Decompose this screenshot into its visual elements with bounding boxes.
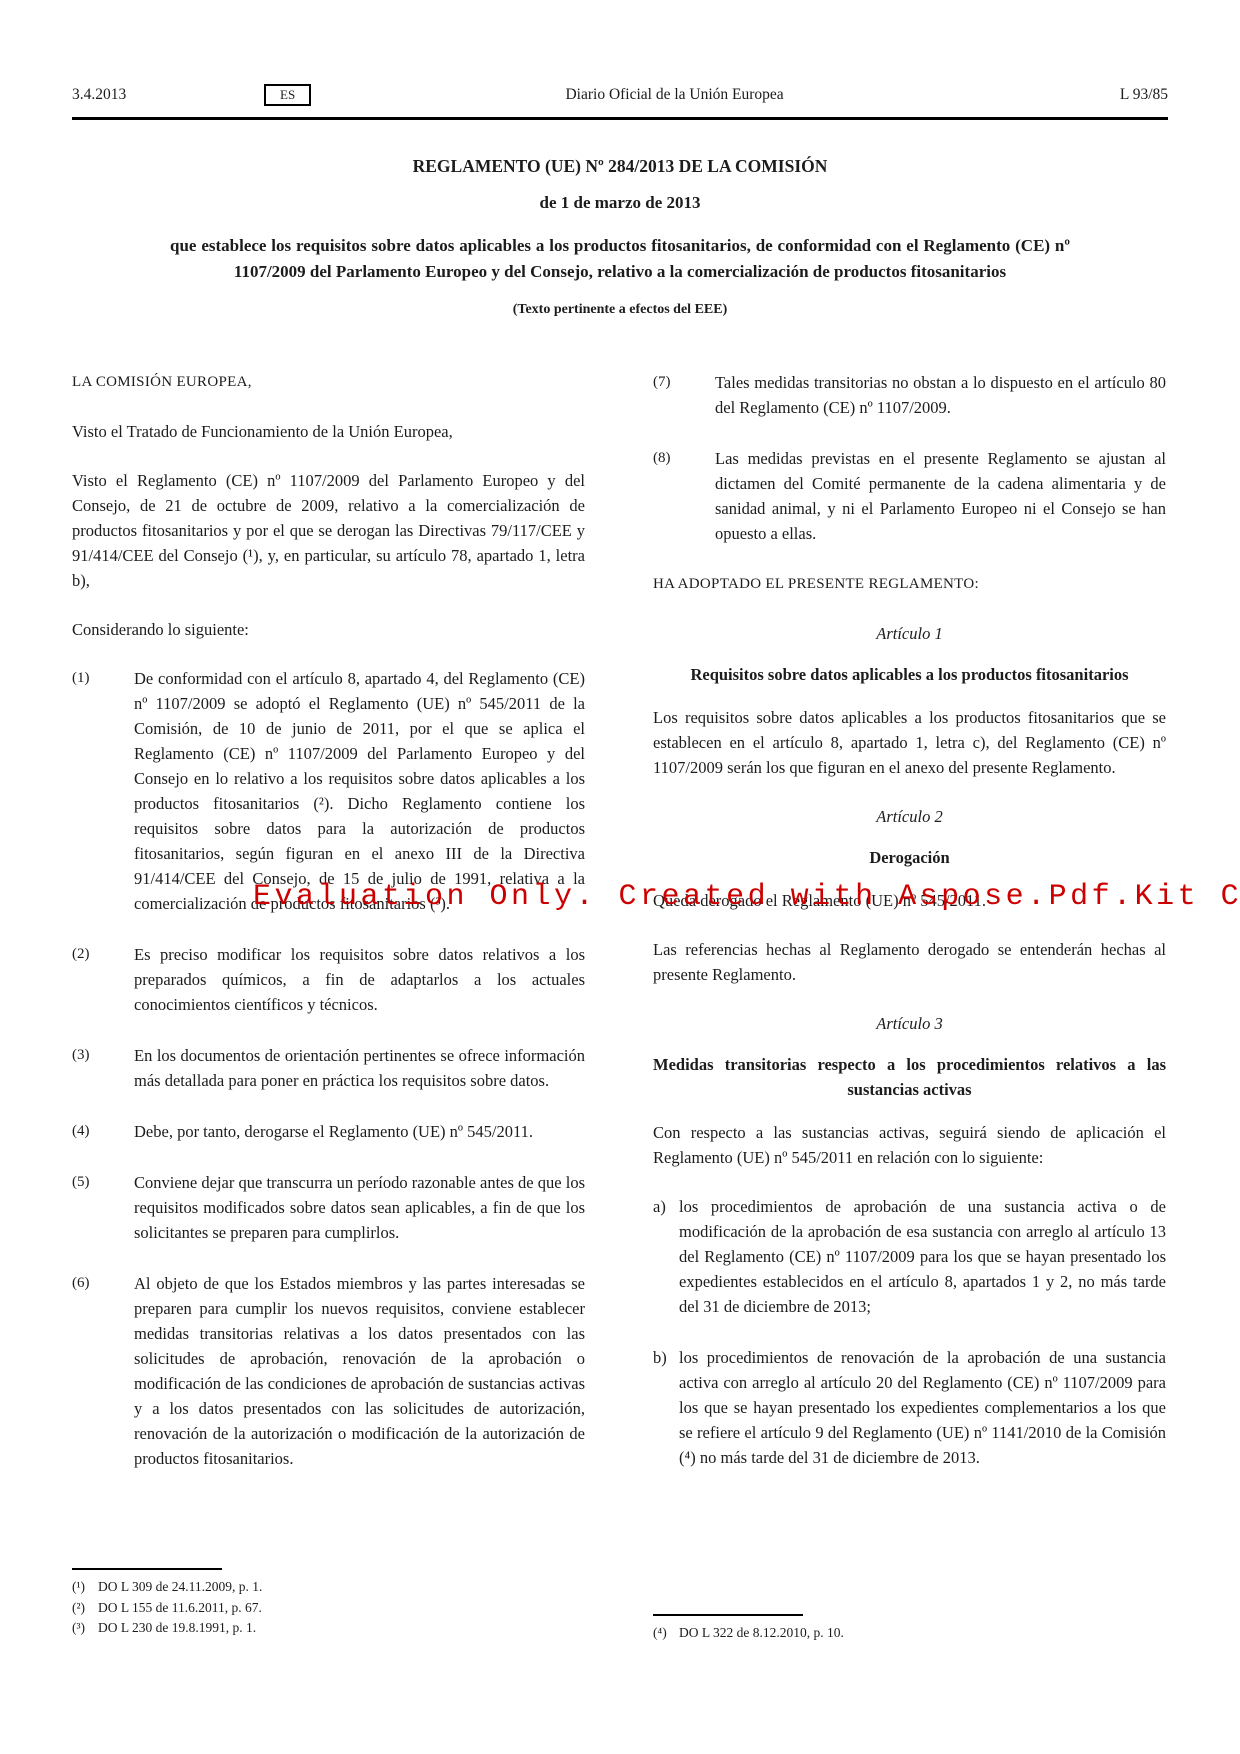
regulation-citation: Visto el Reglamento (CE) nº 1107/2009 de… <box>72 468 585 593</box>
recital-text: En los documentos de orientación pertine… <box>134 1043 585 1093</box>
recital-text: De conformidad con el artículo 8, aparta… <box>134 666 585 916</box>
list-item-text: los procedimientos de aprobación de una … <box>679 1194 1166 1319</box>
recital-text: Es preciso modificar los requisitos sobr… <box>134 942 585 1017</box>
header-date: 3.4.2013 <box>72 86 202 104</box>
footnote-text: DO L 155 de 11.6.2011, p. 67. <box>98 1598 262 1619</box>
recital-text: Las medidas previstas en el presente Reg… <box>715 446 1166 546</box>
footnote-marker: (¹) <box>72 1577 98 1598</box>
recital-number: (6) <box>72 1271 134 1471</box>
recital-text: Conviene dejar que transcurra un período… <box>134 1170 585 1245</box>
article-title: Artículo 1 <box>653 621 1166 646</box>
recital-number: (2) <box>72 942 134 1017</box>
recital-3: (3) En los documentos de orientación per… <box>72 1043 585 1093</box>
article-heading: Medidas transitorias respecto a los proc… <box>653 1052 1166 1102</box>
footnote-marker: (⁴) <box>653 1623 679 1644</box>
recital-1: (1) De conformidad con el artículo 8, ap… <box>72 666 585 916</box>
article-1: Artículo 1 Requisitos sobre datos aplica… <box>653 621 1166 780</box>
recital-4: (4) Debe, por tanto, derogarse el Reglam… <box>72 1119 585 1144</box>
evaluation-watermark: Evaluation Only. Created with Aspose.Pdf… <box>253 880 1240 914</box>
title-block: REGLAMENTO (UE) Nº 284/2013 DE LA COMISI… <box>0 156 1240 318</box>
list-item-a: a) los procedimientos de aprobación de u… <box>653 1194 1166 1319</box>
language-badge: ES <box>264 84 311 106</box>
footnote-marker: (²) <box>72 1598 98 1619</box>
recital-number: (7) <box>653 370 715 420</box>
article-title: Artículo 3 <box>653 1011 1166 1036</box>
recital-text: Al objeto de que los Estados miembros y … <box>134 1271 585 1471</box>
recital-2: (2) Es preciso modificar los requisitos … <box>72 942 585 1017</box>
footnote-rule <box>72 1568 222 1570</box>
footnote-1: (¹) DO L 309 de 24.11.2009, p. 1. <box>72 1577 585 1598</box>
right-column: (7) Tales medidas transitorias no obstan… <box>653 370 1166 1497</box>
footnote-text: DO L 230 de 19.8.1991, p. 1. <box>98 1618 256 1639</box>
header-rule <box>72 117 1168 120</box>
footnote-3: (³) DO L 230 de 19.8.1991, p. 1. <box>72 1618 585 1639</box>
article-heading: Requisitos sobre datos aplicables a los … <box>653 662 1166 687</box>
footnote-4: (⁴) DO L 322 de 8.12.2010, p. 10. <box>653 1623 1166 1644</box>
recital-number: (5) <box>72 1170 134 1245</box>
regulation-subject: que establece los requisitos sobre datos… <box>170 233 1070 285</box>
recital-number: (4) <box>72 1119 134 1144</box>
regulation-title: REGLAMENTO (UE) Nº 284/2013 DE LA COMISI… <box>0 156 1240 177</box>
article-title: Artículo 2 <box>653 804 1166 829</box>
footnotes-right: (⁴) DO L 322 de 8.12.2010, p. 10. <box>653 1614 1166 1644</box>
page-number: L 93/85 <box>1038 86 1168 104</box>
eee-relevance-note: (Texto pertinente a efectos del EEE) <box>0 302 1240 318</box>
treaty-line: Visto el Tratado de Funcionamiento de la… <box>72 419 585 444</box>
footnote-text: DO L 322 de 8.12.2010, p. 10. <box>679 1623 844 1644</box>
list-item-label: b) <box>653 1345 679 1470</box>
article-heading: Derogación <box>653 845 1166 870</box>
commission-line: LA COMISIÓN EUROPEA, <box>72 370 585 395</box>
regulation-date: de 1 de marzo de 2013 <box>0 193 1240 213</box>
article-3: Artículo 3 Medidas transitorias respecto… <box>653 1011 1166 1470</box>
article-paragraph: Con respecto a las sustancias activas, s… <box>653 1120 1166 1170</box>
footnote-rule <box>653 1614 803 1616</box>
footnote-2: (²) DO L 155 de 11.6.2011, p. 67. <box>72 1598 585 1619</box>
recital-text: Debe, por tanto, derogarse el Reglamento… <box>134 1119 585 1144</box>
considering-line: Considerando lo siguiente: <box>72 617 585 642</box>
footnote-text: DO L 309 de 24.11.2009, p. 1. <box>98 1577 262 1598</box>
list-item-label: a) <box>653 1194 679 1319</box>
recital-number: (3) <box>72 1043 134 1093</box>
adoption-line: HA ADOPTADO EL PRESENTE REGLAMENTO: <box>653 572 1166 597</box>
recital-6: (6) Al objeto de que los Estados miembro… <box>72 1271 585 1471</box>
document-body: LA COMISIÓN EUROPEA, Visto el Tratado de… <box>0 370 1240 1497</box>
footnote-marker: (³) <box>72 1618 98 1639</box>
article-paragraph: Los requisitos sobre datos aplicables a … <box>653 705 1166 780</box>
recital-number: (1) <box>72 666 134 916</box>
list-item-b: b) los procedimientos de renovación de l… <box>653 1345 1166 1470</box>
recital-5: (5) Conviene dejar que transcurra un per… <box>72 1170 585 1245</box>
recital-7: (7) Tales medidas transitorias no obstan… <box>653 370 1166 420</box>
footnotes-left: (¹) DO L 309 de 24.11.2009, p. 1. (²) DO… <box>72 1568 585 1639</box>
document-page: 3.4.2013 ES Diario Oficial de la Unión E… <box>0 0 1240 1754</box>
list-item-text: los procedimientos de renovación de la a… <box>679 1345 1166 1470</box>
recital-text: Tales medidas transitorias no obstan a l… <box>715 370 1166 420</box>
recital-8: (8) Las medidas previstas en el presente… <box>653 446 1166 546</box>
journal-title: Diario Oficial de la Unión Europea <box>311 86 1038 104</box>
left-column: LA COMISIÓN EUROPEA, Visto el Tratado de… <box>72 370 585 1497</box>
article-paragraph: Las referencias hechas al Reglamento der… <box>653 937 1166 987</box>
recital-number: (8) <box>653 446 715 546</box>
page-header: 3.4.2013 ES Diario Oficial de la Unión E… <box>0 0 1240 120</box>
